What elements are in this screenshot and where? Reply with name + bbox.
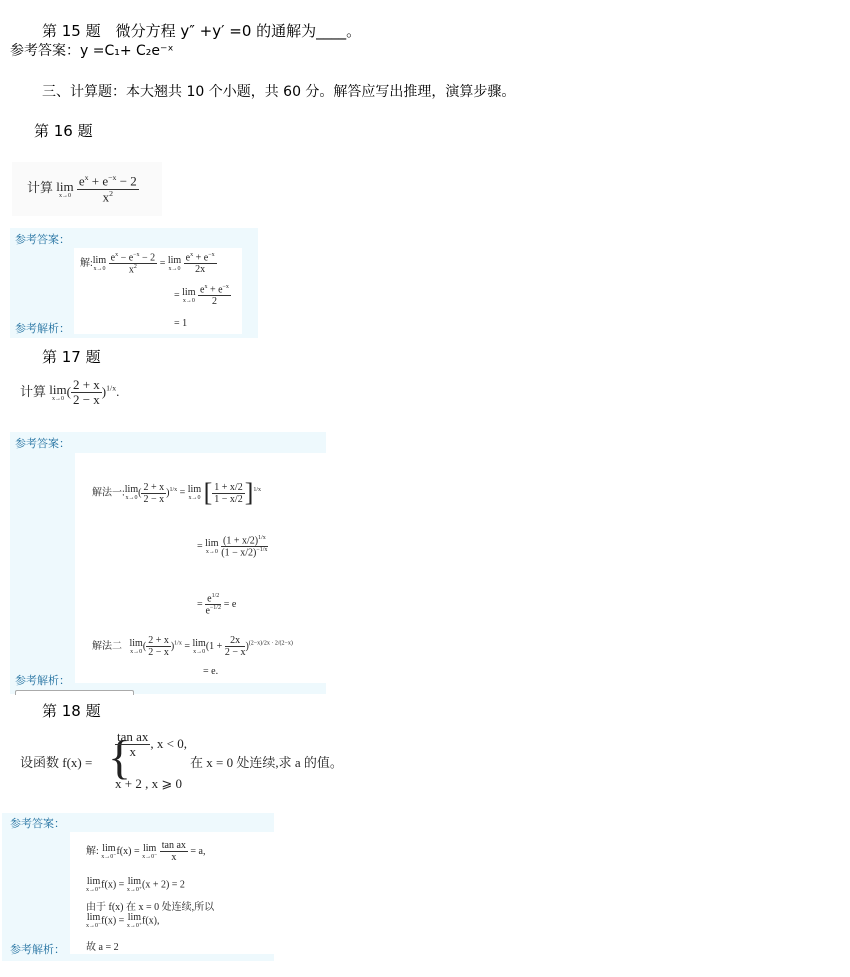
q18-solution-line-1: 解: limx→0⁻f(x) = limx→0⁻ tan axx = a, (86, 840, 206, 863)
q15-title: 第 15 题 微分方程 y″ +y′ =0 的通解为____。 (42, 20, 361, 41)
q16-analysis-label: 参考解析： (15, 320, 70, 336)
method1-label: 解法一: (92, 487, 125, 498)
q15-answer-value: y =C₁+ C₂e⁻ˣ (80, 43, 174, 59)
q18-prompt-prefix: 设函数 f(x) = (20, 752, 92, 771)
q16-solution-line-3: = 1 (174, 318, 187, 329)
q16-prompt-image: 计算 limx→0 ex + e−x − 2x2 (12, 162, 162, 216)
section-heading: 三、计算题：本大翘共 10 个小题，共 60 分。解答应写出推理，演算步骤。 (42, 81, 515, 101)
q18-solution-line-2: limx→0⁺f(x) = limx→0⁺(x + 2) = 2 (86, 877, 185, 893)
q17-prompt: 计算 limx→0(2 + x2 − x)1/x. (20, 378, 119, 408)
q17-solution-image: 解法一:limx→0(2 + x2 − x)1/x = limx→0 [1 + … (75, 453, 326, 683)
q17-solution-line-2: = limx→0 (1 + x/2)1/x(1 − x/2)−1/x (197, 535, 268, 559)
q17-answer-label: 参考答案： (15, 435, 70, 451)
q18-answer-label: 参考答案： (10, 815, 65, 831)
q17-solution-line-1: 解法一:limx→0(2 + x2 − x)1/x = limx→0 [1 + … (92, 478, 261, 508)
q16-prompt: 计算 limx→0 ex + e−x − 2x2 (27, 174, 139, 204)
lim-symbol: limx→0 (56, 180, 73, 199)
q16-solution-image: 解:limx→0 ex − e−x − 2x2 = limx→0 ex + e−… (74, 248, 242, 334)
q17-solution-line-4: 解法二 limx→0(2 + x2 − x)1/x = limx→0(1 + 2… (92, 635, 293, 658)
divider (15, 690, 134, 695)
q18-piece-2: x + 2 , x ⩾ 0 (115, 776, 182, 792)
q16-answer-label: 参考答案： (15, 231, 70, 247)
q17-prompt-prefix: 计算 (20, 384, 46, 399)
q17-solution-line-3: = e1/2e−1/2 = e (197, 593, 236, 617)
q16-solution-line-1: 解:limx→0 ex − e−x − 2x2 = limx→0 ex + e−… (80, 252, 217, 276)
q18-solution-line-3: 由于 f(x) 在 x = 0 处连续,所以 (86, 898, 214, 913)
q17-solution-line-5: = e. (203, 666, 218, 677)
method2-label: 解法二 (92, 641, 122, 652)
q18-solution-line-4: limx→0⁻f(x) = limx→0⁺f(x), (86, 913, 159, 929)
q17-title: 第 17 题 (42, 346, 101, 367)
q16-title: 第 16 题 (34, 120, 93, 141)
q15-answer: 参考答案：y =C₁+ C₂e⁻ˣ (10, 40, 174, 60)
q15-answer-label: 参考答案： (10, 43, 80, 59)
q16-solution-line-2: = limx→0 ex + e−x2 (174, 284, 231, 307)
solution-prefix: 解: (80, 258, 93, 269)
q18-title: 第 18 题 (42, 700, 101, 721)
q17-analysis-label: 参考解析： (15, 672, 70, 688)
q18-solution-line-5: 故 a = 2 (86, 938, 119, 953)
q16-fraction: ex + e−x − 2x2 (77, 174, 139, 204)
q18-piece-1: tan axx, x < 0, (115, 730, 187, 760)
q18-prompt-suffix: 在 x = 0 处连续,求 a 的值。 (190, 752, 343, 771)
q18-solution-image: 解: limx→0⁻f(x) = limx→0⁻ tan axx = a, li… (70, 832, 274, 954)
q16-prompt-prefix: 计算 (27, 180, 53, 195)
q18-analysis-label: 参考解析： (10, 941, 65, 957)
